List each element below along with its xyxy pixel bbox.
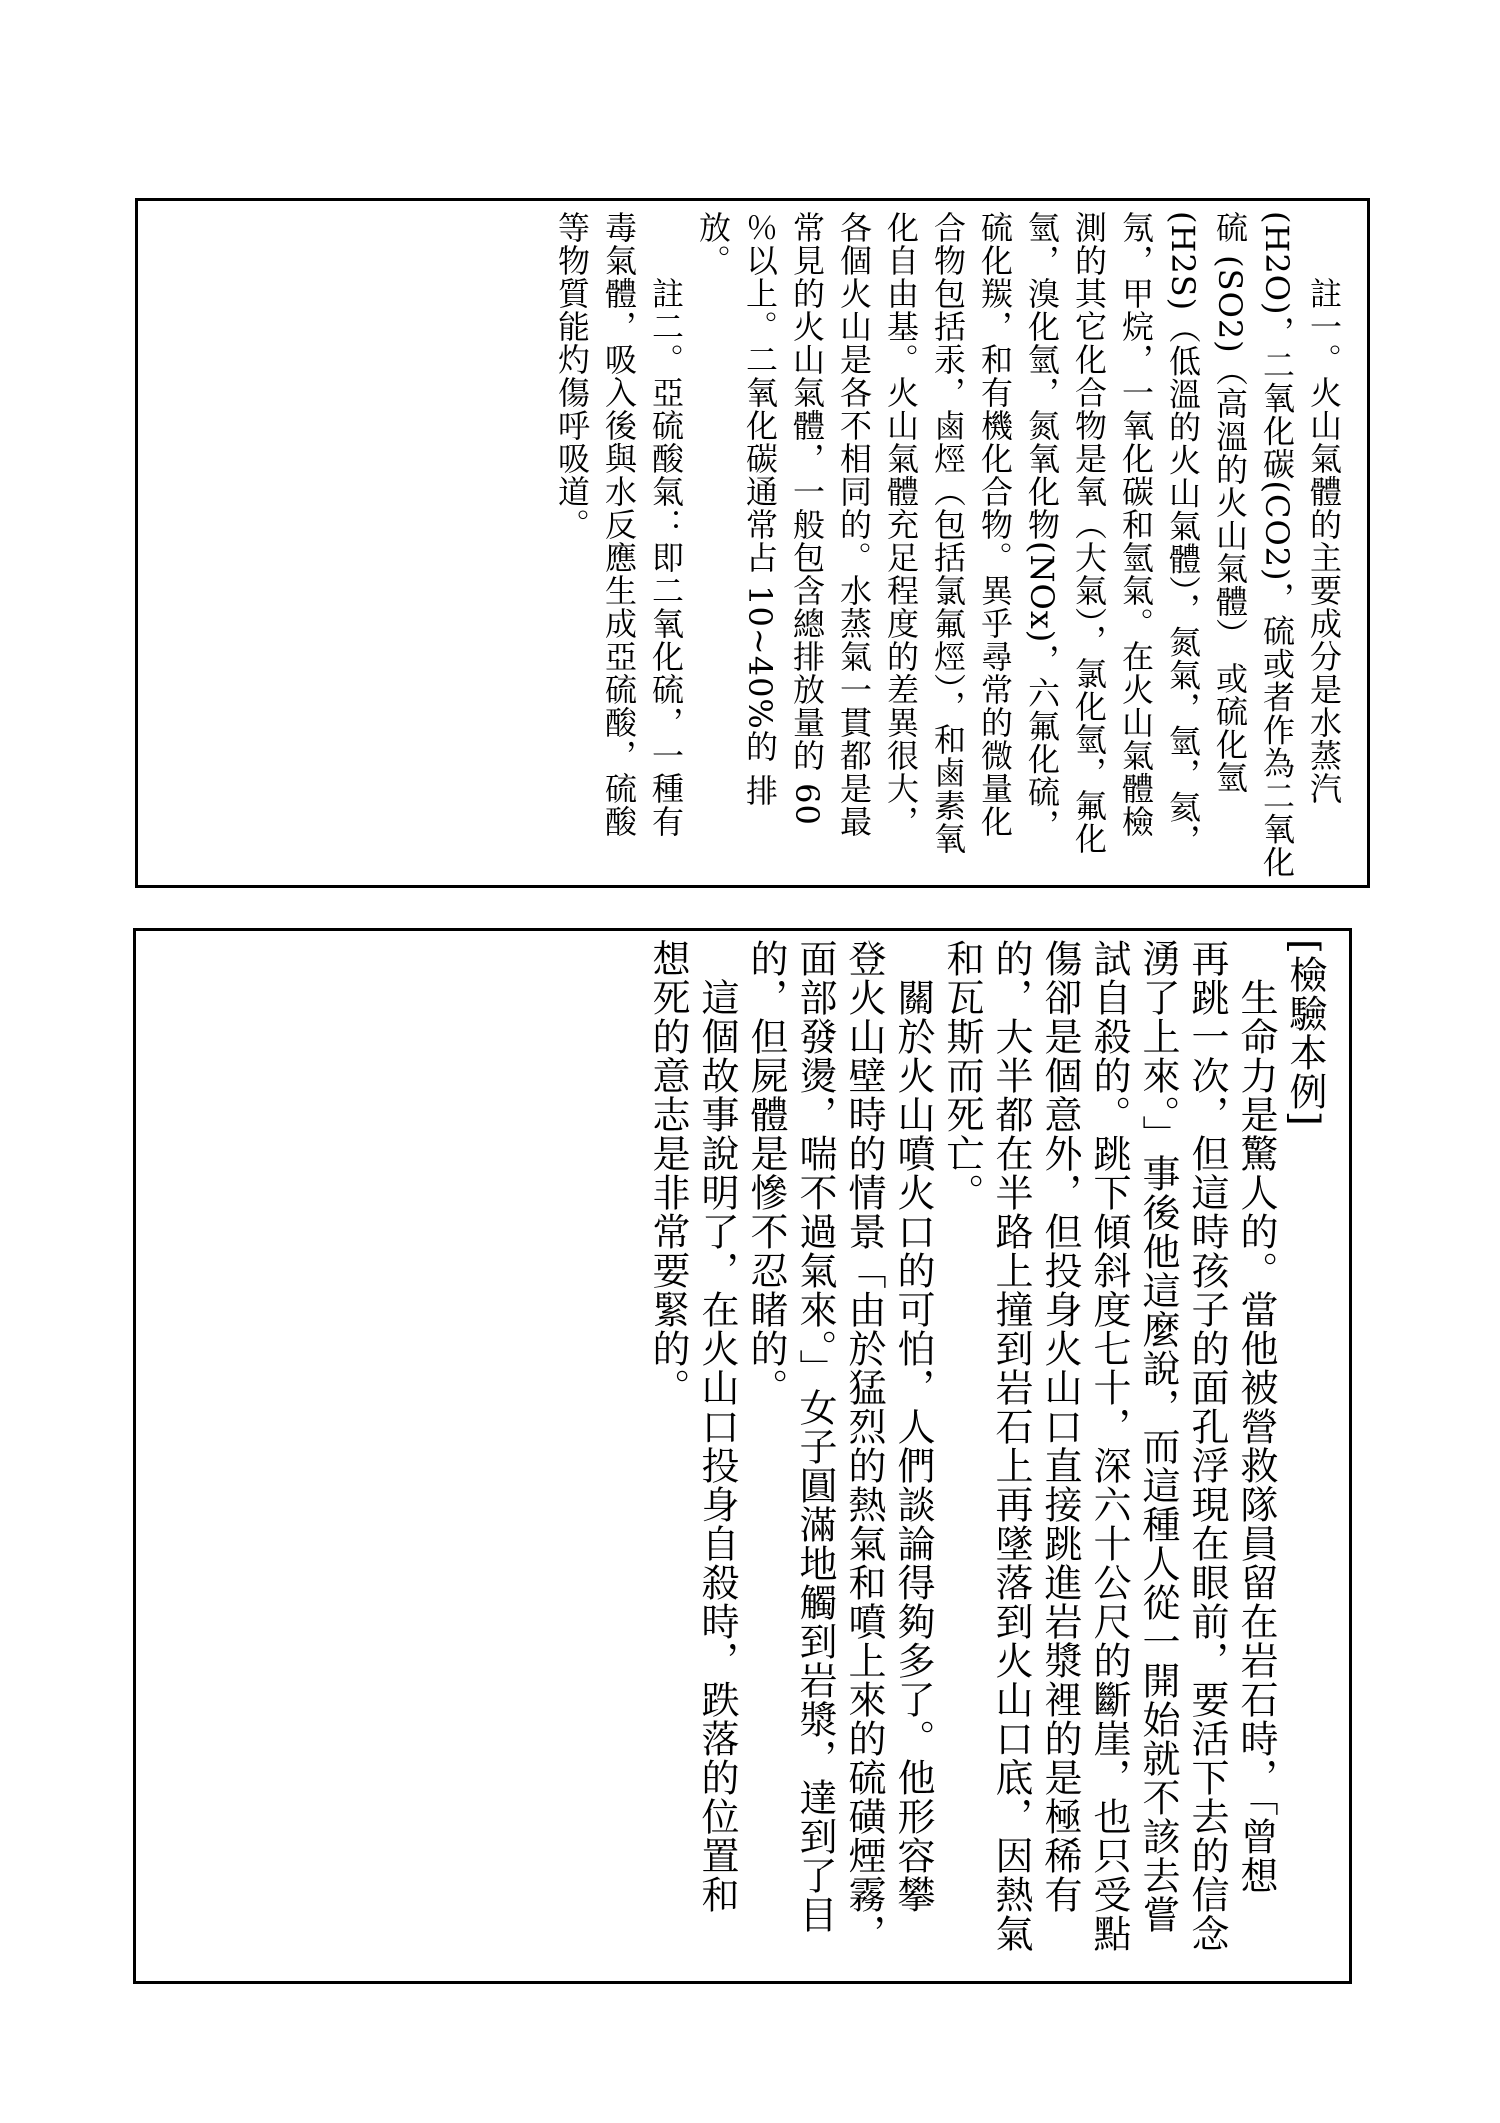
text-column: 硫化羰，和有機化合物。異乎尋常的微量化 (979, 211, 1011, 875)
text-column: 的，但屍體是慘不忍睹的。 (747, 939, 785, 1973)
text-column: 這個故事說明了，在火山口投身自殺時，跌落的位置和 (698, 939, 736, 1973)
text-column: 合物包括汞，鹵烴（包括氯氟烴），和鹵素氧 (932, 211, 964, 875)
text-column: 硫 (SO2)（高溫的火山氣體） 或硫化氫 (1214, 211, 1246, 875)
text-column: 關於火山噴火口的可怕，人們談論得夠多了。他形容攀 (894, 939, 932, 1973)
text-column: 氫，溴化氫，氮氧化物(NOx)，六氟化硫， (1026, 211, 1058, 875)
text-column: 各個火山是各不相同的。水蒸氣一貫都是最 (838, 211, 870, 875)
text-column: 登火山壁時的情景「由於猛烈的熱氣和噴上來的硫磺煙霧， (845, 939, 883, 1973)
text-column: 常見的火山氣體，一般包含總排放量的 60 (791, 211, 823, 875)
text-column: 註二。亞硫酸氣：即二氧化硫，一種有 (650, 211, 682, 875)
text-column: 的，大半都在半路上撞到岩石上再墜落到火山口底，因熱氣 (992, 939, 1030, 1973)
text-column: 化自由基。火山氣體充足程度的差異很大， (885, 211, 917, 875)
text-column: 註一。火山氣體的主要成分是水蒸汽 (1308, 211, 1340, 875)
text-column: 傷卻是個意外，但投身火山口直接跳進岩漿裡的是極稀有 (1041, 939, 1079, 1973)
text-column: 等物質能灼傷呼吸道。 (556, 211, 588, 875)
text-column: 想死的意志是非常要緊的。 (649, 939, 687, 1973)
text-column: 生命力是驚人的。當他被營救隊員留在岩石時，「曾想 (1237, 939, 1275, 1973)
text-column: 和瓦斯而死亡。 (943, 939, 981, 1973)
text-column: ％以上。二氧化碳通常占 10~40%的 排 (744, 211, 776, 875)
text-column: (H2O)，二氧化碳(CO2)，硫或者作為二氧化 (1261, 211, 1293, 875)
text-column: [檢驗本例] (1286, 939, 1324, 1973)
document-page: { "page": { "background": "#ffffff", "bo… (0, 0, 1500, 2123)
text-column: 毒氣體，吸入後與水反應生成亞硫酸，硫酸 (603, 211, 635, 875)
text-column: 試自殺的。跳下傾斜度七十，深六十公尺的斷崖，也只受點 (1090, 939, 1128, 1973)
notes-vertical-text: 註一。火山氣體的主要成分是水蒸汽(H2O)，二氧化碳(CO2)，硫或者作為二氧化… (138, 201, 1367, 885)
text-column: 氖，甲烷，一氧化碳和氫氣。在火山氣體檢 (1120, 211, 1152, 875)
case-study-vertical-text: [檢驗本例] 生命力是驚人的。當他被營救隊員留在岩石時，「曾想再跳一次，但這時孩… (136, 931, 1349, 1981)
text-column: 放。 (697, 211, 729, 875)
text-column: (H2S)（低溫的火山氣體），氮氣，氫，氦， (1167, 211, 1199, 875)
case-study-panel: [檢驗本例] 生命力是驚人的。當他被營救隊員留在岩石時，「曾想再跳一次，但這時孩… (133, 928, 1352, 1984)
text-column: 面部發燙，喘不過氣來。」女子圓滿地觸到岩漿，達到了目 (796, 939, 834, 1973)
text-column: 湧了上來。」事後他這麼說，而這種人從一開始就不該去嘗 (1139, 939, 1177, 1973)
text-column: 測的其它化合物是氧（大氣），氯化氫，氟化 (1073, 211, 1105, 875)
text-column: 再跳一次，但這時孩子的面孔浮現在眼前，要活下去的信念 (1188, 939, 1226, 1973)
notes-panel: 註一。火山氣體的主要成分是水蒸汽(H2O)，二氧化碳(CO2)，硫或者作為二氧化… (135, 198, 1370, 888)
